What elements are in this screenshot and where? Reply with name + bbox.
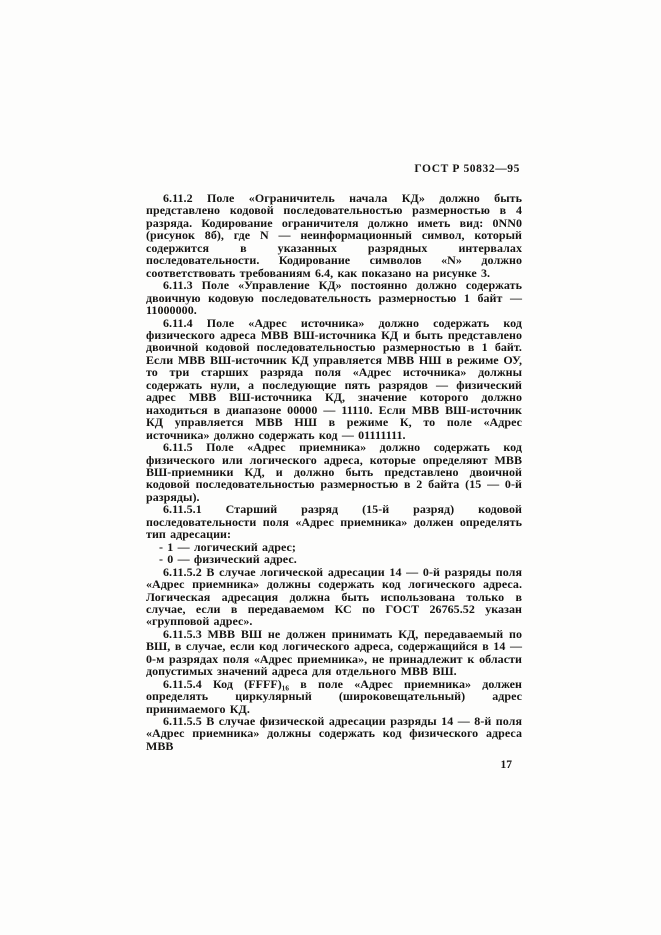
clause-paragraph: 6.11.5.5 В случае физической адресации р… bbox=[146, 715, 522, 752]
clause-paragraph: 6.11.2 Поле «Ограничитель начала КД» дол… bbox=[146, 192, 522, 279]
clause-paragraph: 6.11.5.3 МВВ ВШ не должен принимать КД, … bbox=[146, 628, 522, 678]
clause-paragraph: 6.11.5.4 Код (FFFF)₁₆ в поле «Адрес прие… bbox=[146, 678, 522, 715]
clause-paragraph: 6.11.4 Поле «Адрес источника» должно сод… bbox=[146, 317, 522, 442]
clause-paragraph: 6.11.5 Поле «Адрес приемника» должно сод… bbox=[146, 441, 522, 503]
clause-paragraph: 6.11.3 Поле «Управление КД» постоянно до… bbox=[146, 279, 522, 316]
document-body: 6.11.2 Поле «Ограничитель начала КД» дол… bbox=[146, 192, 522, 752]
document-page: ГОСТ Р 50832—95 6.11.2 Поле «Ограничител… bbox=[0, 0, 661, 935]
page-number: 17 bbox=[146, 759, 522, 771]
clause-paragraph: 6.11.5.1 Старший разряд (15-й разряд) ко… bbox=[146, 503, 522, 540]
clause-paragraph: 6.11.5.2 В случае логической адресации 1… bbox=[146, 566, 522, 628]
running-header: ГОСТ Р 50832—95 bbox=[146, 163, 520, 175]
list-item: - 0 — физический адрес. bbox=[159, 553, 522, 565]
